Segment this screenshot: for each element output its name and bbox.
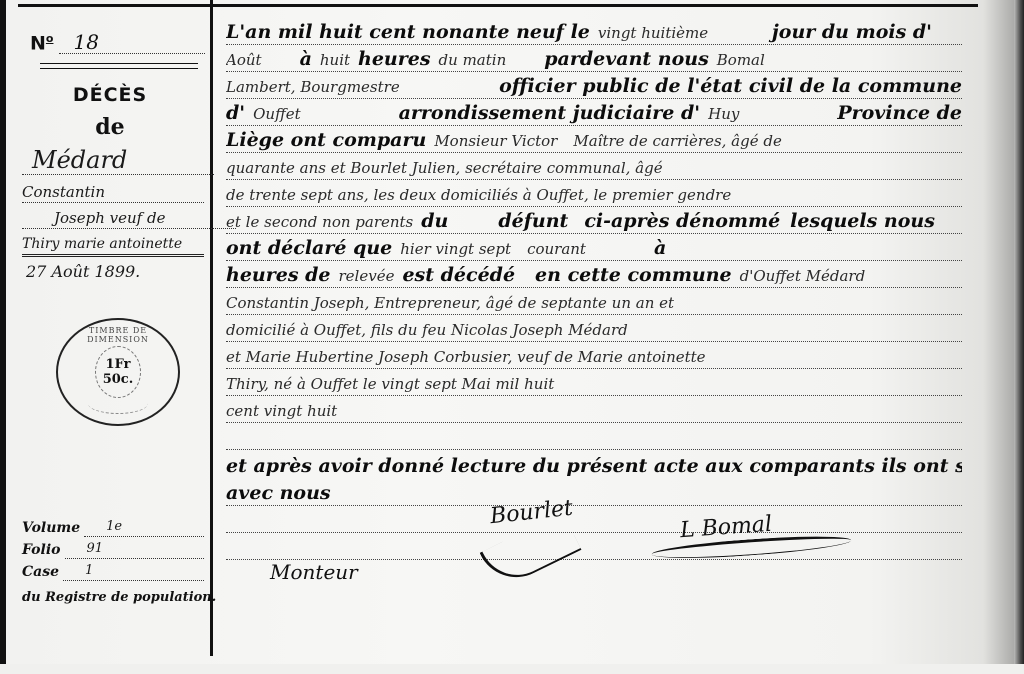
handwritten-text: relevée [331,265,403,287]
register-folio: Folio 91 [22,540,204,559]
record-number-label: No [30,32,53,54]
printed-text: heures [358,47,431,71]
register-case-value: 1 [63,562,204,581]
printed-text: Liège ont comparu [226,128,426,152]
stamp-value-centimes: 50c. [103,372,134,387]
death-certificate-page: No 18 DÉCÈS de Médard Constantin Joseph … [0,0,1024,674]
printed-text: à [654,236,666,260]
body-line-10: heures de relevée est décédé en cette co… [226,261,962,288]
signature-bomal: L Bomal [679,512,773,543]
printed-text: ci-après dénommé [584,209,780,233]
register-volume-value: 1e [84,518,204,537]
handwritten-text: Ouffet [245,103,309,125]
body-line-5: Liège ont comparu Monsieur Victor Maître… [226,126,962,153]
printed-text: officier public de l'état civil de la co… [499,74,962,98]
bottom-margin [0,664,1024,674]
printed-text: du [421,209,448,233]
handwritten-text: cent vingt huit [226,400,345,422]
register-case-label: Case [22,563,59,581]
de-word: de [20,114,200,140]
handwritten-text: du matin [431,49,515,71]
register-volume-label: Volume [22,519,80,537]
register-folio-label: Folio [22,541,61,559]
handwritten-text: vingt huitième [590,22,716,44]
column-divider [210,0,213,656]
stamp-value: 1Fr 50c. [95,346,141,398]
handwritten-text: huit [312,49,358,71]
printed-text: est décédé [402,263,515,287]
handwritten-text: Août [226,49,270,71]
printed-text: lesquels nous [790,209,935,233]
handwritten-text: hier vingt sept [392,238,519,260]
body-line-7: de trente sept ans, les deux domiciliés … [226,180,962,207]
body-line-2: Août à huit heures du matin pardevant no… [226,45,962,72]
printed-text: en cette commune [535,263,732,287]
printed-text: pardevant nous [544,47,709,71]
printed-text: arrondissement judiciaire d' [399,101,701,125]
deceased-given-names-2: Joseph veuf de [22,208,236,229]
top-rule [18,4,978,7]
printed-text: défunt [498,209,568,233]
body-line-9: ont déclaré que hier vingt sept courant … [226,234,962,261]
handwritten-text: Huy [700,103,747,125]
body-line-13: et Marie Hubertine Joseph Corbusier, veu… [226,342,962,369]
register-folio-value: 91 [65,540,205,559]
death-date: 27 Août 1899. [22,262,208,282]
deceased-spouse: Thiry marie antoinette [22,234,204,257]
printed-text: jour du mois d' [772,20,932,44]
handwritten-text: courant [519,238,594,260]
tax-stamp: TIMBRE DE DIMENSION 1Fr 50c. [56,318,180,426]
record-number-value: 18 [59,31,205,54]
handwritten-text: Bomal [709,49,773,71]
body-line-8: et le second non parents du défunt ci-ap… [226,207,962,234]
handwritten-text: domicilié à Ouffet, fils du feu Nicolas … [226,319,636,341]
body-line-18: avec nous [226,479,962,506]
bleed-through-text [968,520,1008,620]
handwritten-text: et le second non parents [226,211,421,233]
stamp-ring-text: TIMBRE DE DIMENSION [58,326,178,344]
deceased-given-names-1: Constantin [22,182,204,203]
printed-text: à [300,47,312,71]
body-line-4: d' Ouffet arrondissement judiciaire d' H… [226,99,962,126]
register-volume: Volume 1e [22,518,204,537]
signature-monteur: Monteur [270,560,358,584]
scan-right-edge [1014,0,1024,674]
body-line-20 [226,533,962,560]
double-rule [40,63,198,69]
stamp-wreath-icon [88,393,148,414]
handwritten-text: Maître de carrières, âgé de [565,130,790,152]
stamp-value-francs: 1Fr [106,357,131,372]
body-line-6: quarante ans et Bourlet Julien, secrétai… [226,153,962,180]
printed-text: et après avoir donné lecture du présent … [226,454,962,478]
body-line-1: L'an mil huit cent nonante neuf le vingt… [226,18,962,45]
handwritten-text: quarante ans et Bourlet Julien, secrétai… [226,157,671,179]
register-footer: du Registre de population. [22,590,212,605]
body-line-12: domicilié à Ouffet, fils du feu Nicolas … [226,315,962,342]
handwritten-text: Thiry, né à Ouffet le vingt sept Mai mil… [226,373,562,395]
deceased-surname: Médard [22,146,214,175]
record-number-line: No 18 [30,28,205,54]
scan-left-edge [0,0,6,674]
register-case: Case 1 [22,562,204,581]
printed-text: heures de [226,263,331,287]
body-line-14: Thiry, né à Ouffet le vingt sept Mai mil… [226,369,962,396]
handwritten-text: et Marie Hubertine Joseph Corbusier, veu… [226,346,714,368]
handwritten-text: d'Ouffet Médard [732,265,874,287]
printed-text: d' [226,101,245,125]
body-line-11: Constantin Joseph, Entrepreneur, âgé de … [226,288,962,315]
body-line-16 [226,423,962,450]
body-line-19 [226,506,962,533]
body-line-15: cent vingt huit [226,396,962,423]
printed-text: ont déclaré que [226,236,392,260]
body-line-17: et après avoir donné lecture du présent … [226,452,962,478]
handwritten-text: Monsieur Victor [426,130,565,152]
handwritten-text: de trente sept ans, les deux domiciliés … [226,184,739,206]
handwritten-text: Constantin Joseph, Entrepreneur, âgé de … [226,292,682,314]
deces-title: DÉCÈS [20,84,200,106]
body-line-3: Lambert, Bourgmestre officier public de … [226,72,962,99]
printed-text: Province de [837,101,962,125]
handwritten-text: Lambert, Bourgmestre [226,76,408,98]
printed-text: L'an mil huit cent nonante neuf le [226,20,590,44]
printed-text: avec nous [226,481,331,505]
